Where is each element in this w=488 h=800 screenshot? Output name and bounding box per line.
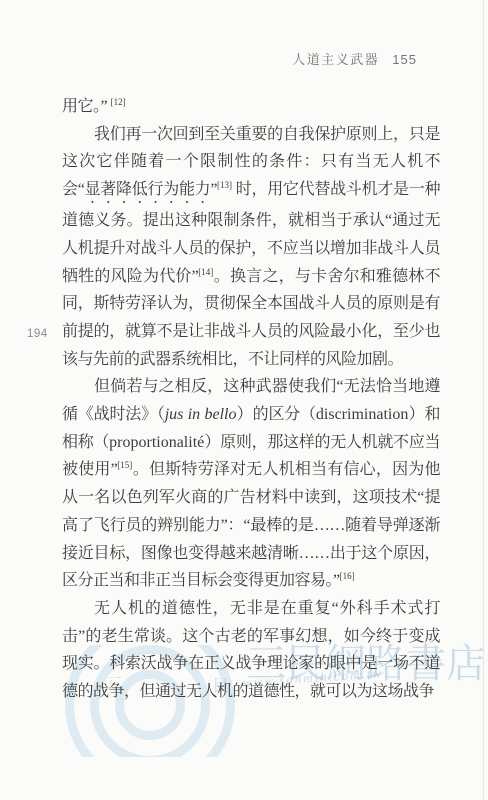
footnote-ref: [16] bbox=[340, 571, 355, 581]
footnote-ref: [12] bbox=[111, 97, 126, 107]
book-page: { "header": { "chapter_title": "人道主义武器",… bbox=[0, 0, 488, 800]
emphasized-text: 显著降低行为能力 bbox=[84, 181, 210, 198]
text-run: 用它。” bbox=[62, 98, 111, 115]
footnote-ref: [14] bbox=[198, 267, 213, 277]
paragraph: 用它。” [12] bbox=[62, 93, 440, 121]
body-text: 用它。” [12]我们再一次回到至关重要的自我保护原则上，只是这次它伴随着一个限… bbox=[62, 93, 440, 706]
paragraph: 无人机的道德性，无非是在重复“外科手术式打击”的老生常谈。这个古老的军事幻想，如… bbox=[62, 595, 440, 706]
footnote-ref: [15] bbox=[117, 460, 132, 470]
chapter-title: 人道主义武器 bbox=[292, 52, 379, 67]
text-run: 无人机的道德性，无非是在重复“外科手术式打击”的老生常谈。这个古老的军事幻想，如… bbox=[62, 600, 440, 700]
page-number: 155 bbox=[392, 52, 417, 67]
paragraph: 但倘若与之相反，这种武器使我们“无法恰当地遵循《战时法》（jus in bell… bbox=[62, 373, 440, 595]
latin-term: jus in bello bbox=[165, 406, 237, 423]
footnote-ref: [13] bbox=[217, 180, 232, 190]
paragraph: 我们再一次回到至关重要的自我保护原则上，只是这次它伴随着一个限制性的条件：只有当… bbox=[62, 121, 440, 374]
latin-term: discrimination bbox=[316, 406, 408, 423]
latin-term: proportionalité bbox=[109, 434, 204, 451]
margin-original-page-number: 194 bbox=[27, 328, 48, 340]
scan-edge-line bbox=[483, 0, 484, 800]
text-run: 。但斯特劳泽对无人机相当有信心，因为他从一名以色列军火商的广告材料中读到，这项技… bbox=[62, 461, 440, 589]
running-header: 人道主义武器155 bbox=[292, 49, 417, 68]
text-run: ）的区分（ bbox=[236, 406, 315, 423]
